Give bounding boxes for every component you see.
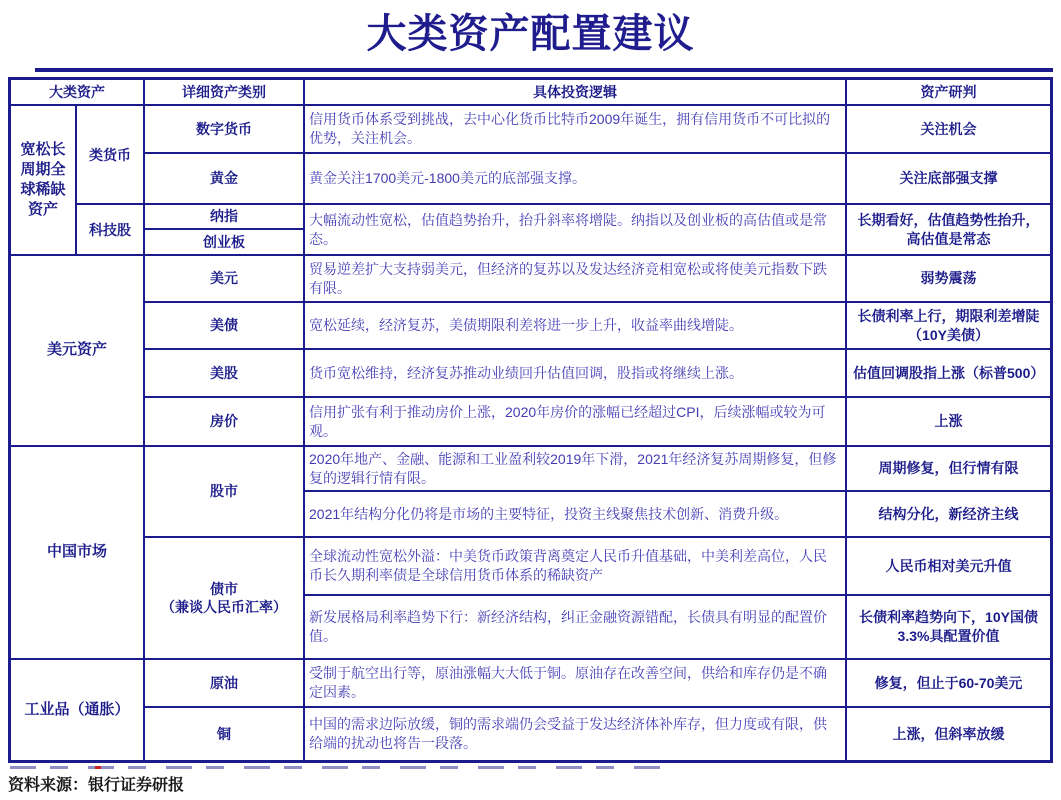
logic-cell: 信用扩张有利于推动房价上涨，2020年房价的涨幅已经超过CPI，后续涨幅或较为可… <box>305 398 845 445</box>
logic-cell: 黄金关注1700美元-1800美元的底部强支撑。 <box>305 154 845 203</box>
group-cell-industrial-commodities: 工业品（通胀） <box>11 660 143 760</box>
logic-cell: 2021年结构分化仍将是市场的主要特征，投资主线聚焦技术创新、消费升级。 <box>305 492 845 536</box>
asset-cell-us-treasuries: 美债 <box>145 303 303 348</box>
logic-cell: 受制于航空出行等，原油涨幅大大低于铜。原油存在改善空间，供给和库存仍是不确定因素… <box>305 660 845 706</box>
judgment-cell: 长债利率趋势向下，10Y国债3.3%具配置价值 <box>847 596 1050 658</box>
judgment-cell: 估值回调股指上涨（标普500） <box>847 350 1050 396</box>
subgroup-cell-tech-stocks: 科技股 <box>77 205 143 254</box>
logic-cell: 贸易逆差扩大支持弱美元，但经济的复苏以及发达经济竞相宽松或将使美元指数下跌有限。 <box>305 256 845 301</box>
judgment-cell: 关注机会 <box>847 106 1050 152</box>
judgment-cell: 弱势震荡 <box>847 256 1050 301</box>
logic-cell: 信用货币体系受到挑战，去中心化货币比特币2009年诞生，拥有信用货币不可比拟的优… <box>305 106 845 152</box>
judgment-cell: 周期修复，但行情有限 <box>847 447 1050 490</box>
judgment-cell: 长期看好，估值趋势性抬升，高估值是常态 <box>847 205 1050 254</box>
group-cell-china-market: 中国市场 <box>11 447 143 658</box>
col-header-investment-logic: 具体投资逻辑 <box>305 80 845 104</box>
subgroup-cell-quasi-currency: 类货币 <box>77 106 143 203</box>
logic-cell: 大幅流动性宽松，估值趋势抬升，抬升斜率将增陡。纳指以及创业板的高估值或是常态。 <box>305 205 845 254</box>
asset-cell-gold: 黄金 <box>145 154 303 203</box>
group-cell-scarce-assets: 宽松长周期全球稀缺资产 <box>11 106 75 254</box>
logic-cell: 中国的需求边际放缓，铜的需求端仍会受益于发达经济体补库存，但力度或有限，供给端的… <box>305 708 845 760</box>
asset-cell-digital-currency: 数字货币 <box>145 106 303 152</box>
asset-cell-china-stocks: 股市 <box>145 447 303 536</box>
asset-cell-usd: 美元 <box>145 256 303 301</box>
group-cell-usd-assets: 美元资产 <box>11 256 143 445</box>
asset-allocation-table: 大类资产 详细资产类别 具体投资逻辑 资产研判 宽松长周期全球稀缺资产 类货币 … <box>8 77 1053 763</box>
clipped-text-artifact <box>10 766 665 769</box>
asset-cell-china-bonds-label: 债市 <box>210 580 238 598</box>
logic-cell: 2020年地产、金融、能源和工业盈利较2019年下滑，2021年经济复苏周期修复… <box>305 447 845 490</box>
clipped-text-artifact-red <box>95 766 101 769</box>
judgment-cell: 长债利率上行，期限利差增陡（10Y美债） <box>847 303 1050 348</box>
asset-cell-house-prices: 房价 <box>145 398 303 445</box>
asset-cell-us-stocks: 美股 <box>145 350 303 396</box>
judgment-cell: 上涨 <box>847 398 1050 445</box>
asset-cell-chinext: 创业板 <box>145 230 303 254</box>
logic-cell: 全球流动性宽松外溢：中美货币政策背离奠定人民币升值基础，中美利差高位，人民币长久… <box>305 538 845 594</box>
page-title: 大类资产配置建议 <box>0 2 1061 59</box>
source-note: 资料来源：银行证券研报 <box>8 772 184 795</box>
col-header-detail-category: 详细资产类别 <box>145 80 303 104</box>
judgment-cell: 关注底部强支撑 <box>847 154 1050 203</box>
judgment-cell: 结构分化，新经济主线 <box>847 492 1050 536</box>
col-header-asset-class: 大类资产 <box>11 80 143 104</box>
logic-cell: 货币宽松维持，经济复苏推动业绩回升估值回调，股指或将继续上涨。 <box>305 350 845 396</box>
asset-cell-copper: 铜 <box>145 708 303 760</box>
judgment-cell: 修复，但止于60-70美元 <box>847 660 1050 706</box>
judgment-cell: 上涨，但斜率放缓 <box>847 708 1050 760</box>
asset-cell-china-bonds-sublabel: （兼谈人民币汇率） <box>161 598 287 616</box>
judgment-cell: 人民币相对美元升值 <box>847 538 1050 594</box>
asset-cell-nasdaq: 纳指 <box>145 205 303 228</box>
asset-cell-china-bonds: 债市 （兼谈人民币汇率） <box>145 538 303 658</box>
top-divider-rule <box>35 68 1053 72</box>
col-header-judgment: 资产研判 <box>847 80 1050 104</box>
logic-cell: 宽松延续，经济复苏，美债期限利差将进一步上升，收益率曲线增陡。 <box>305 303 845 348</box>
logic-cell: 新发展格局利率趋势下行：新经济结构，纠正金融资源错配，长债具有明显的配置价值。 <box>305 596 845 658</box>
asset-cell-crude-oil: 原油 <box>145 660 303 706</box>
